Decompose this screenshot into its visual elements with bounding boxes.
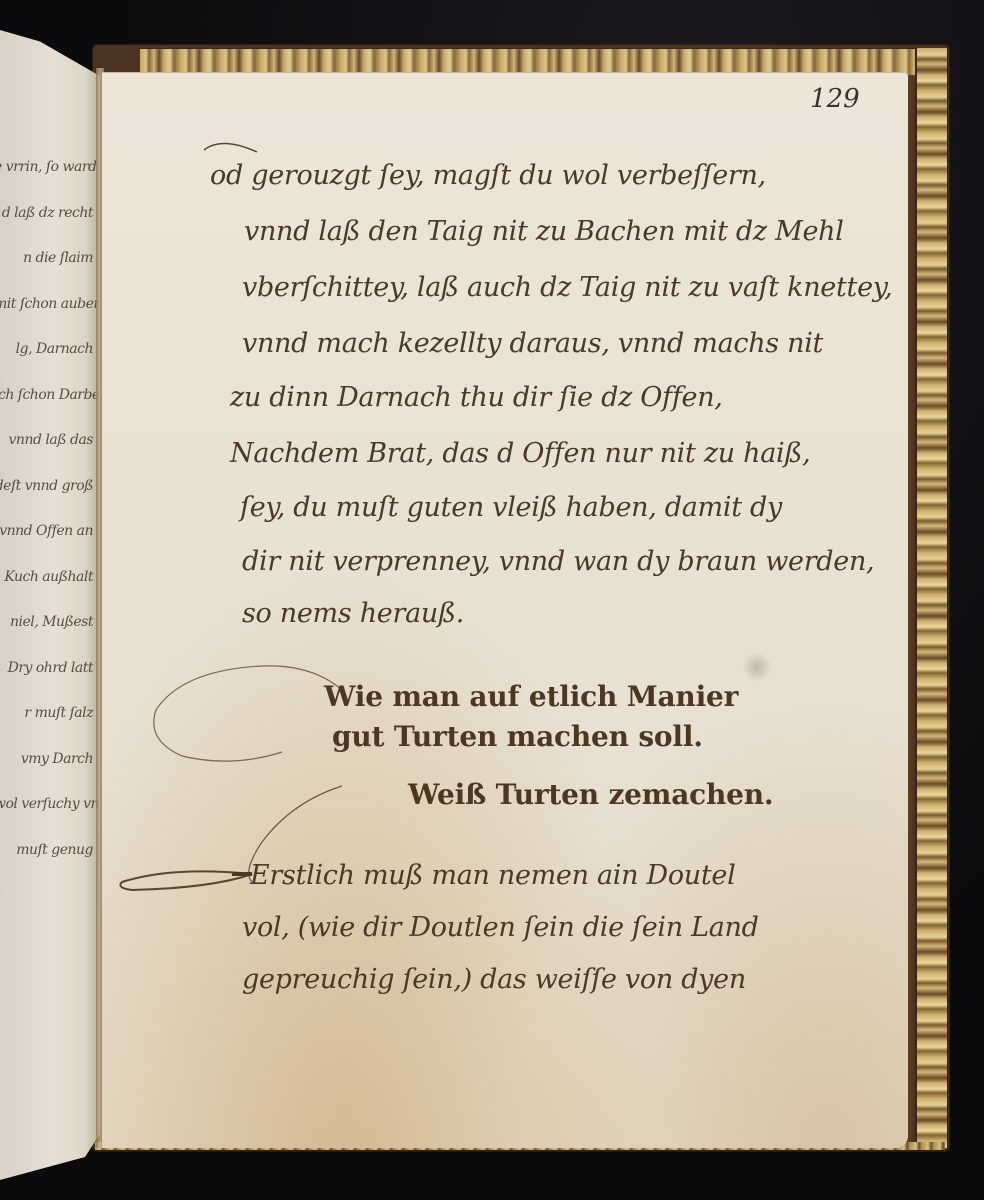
left-line: Kuch außhalt bbox=[0, 555, 99, 601]
left-line: vnnd laß das bbox=[0, 418, 99, 464]
recipe-body-line: Erstlich muß man nemen ain Doutel bbox=[250, 860, 735, 891]
recipe-body-line: vol, (wie dir Doutlen ſein die ſein Land bbox=[242, 912, 759, 943]
left-line: n die ſlaim bbox=[0, 236, 99, 282]
left-facing-page: e vrrin, ſo ward d laß dz recht n die ſl… bbox=[0, 30, 100, 1180]
left-line: ich ſchon Darben bbox=[0, 373, 99, 419]
body-line: so nems herauß. bbox=[242, 598, 464, 629]
left-line: Dry ohrd latt bbox=[0, 646, 99, 692]
body-line: dir nit verprenney, vnnd wan dy braun we… bbox=[242, 546, 874, 577]
left-page-text: e vrrin, ſo ward d laß dz recht n die ſl… bbox=[0, 145, 99, 873]
pen-flourish-icon bbox=[202, 130, 262, 160]
recipe-body-line: gepreuchig ſein,) das weiſſe von dyen bbox=[242, 964, 746, 995]
body-line: Nachdem Brat, das d Offen nur nit zu hai… bbox=[230, 438, 810, 469]
body-line: vnnd mach kezellty daraus, vnnd machs ni… bbox=[242, 328, 823, 359]
gilt-border-right bbox=[915, 48, 948, 1148]
body-line: ſey, du muſt guten vleiß haben, damit dy bbox=[240, 492, 782, 523]
recipe-title-line: gut Turten machen soll. bbox=[332, 720, 703, 753]
page-stain bbox=[742, 652, 772, 682]
left-line: mit ſchon auber bbox=[0, 282, 99, 328]
manuscript-page: 129 od gerouzgt ſey, magſt du wol verbeſ… bbox=[102, 72, 908, 1148]
left-line: d laß dz recht bbox=[0, 191, 99, 237]
body-line: od gerouzgt ſey, magſt du wol verbeſſern… bbox=[210, 160, 766, 191]
left-line: r muſt ſalz bbox=[0, 691, 99, 737]
folio-number: 129 bbox=[810, 84, 860, 114]
initial-flourish-icon bbox=[142, 660, 352, 770]
left-line: deſt vnnd groß bbox=[0, 464, 99, 510]
left-line: e vrrin, ſo ward bbox=[0, 145, 99, 191]
body-line: zu dinn Darnach thu dir ſie dz Offen, bbox=[230, 382, 723, 413]
body-line: vnnd laß den Taig nit zu Bachen mit dz M… bbox=[244, 216, 844, 247]
recipe-title-line: Wie man auf etlich Manier bbox=[324, 680, 738, 713]
left-line: muſt genug bbox=[0, 828, 99, 874]
left-line: vnnd Offen an bbox=[0, 509, 99, 555]
left-line: niel, Mußest bbox=[0, 600, 99, 646]
left-line: wol verſuchy vnd bbox=[0, 782, 99, 828]
body-line: vberſchittey, laß auch dz Taig nit zu va… bbox=[242, 272, 892, 303]
left-line: vmy Darch bbox=[0, 737, 99, 783]
left-line: lg, Darnach bbox=[0, 327, 99, 373]
recipe-subtitle: Weiß Turten zemachen. bbox=[408, 778, 773, 811]
